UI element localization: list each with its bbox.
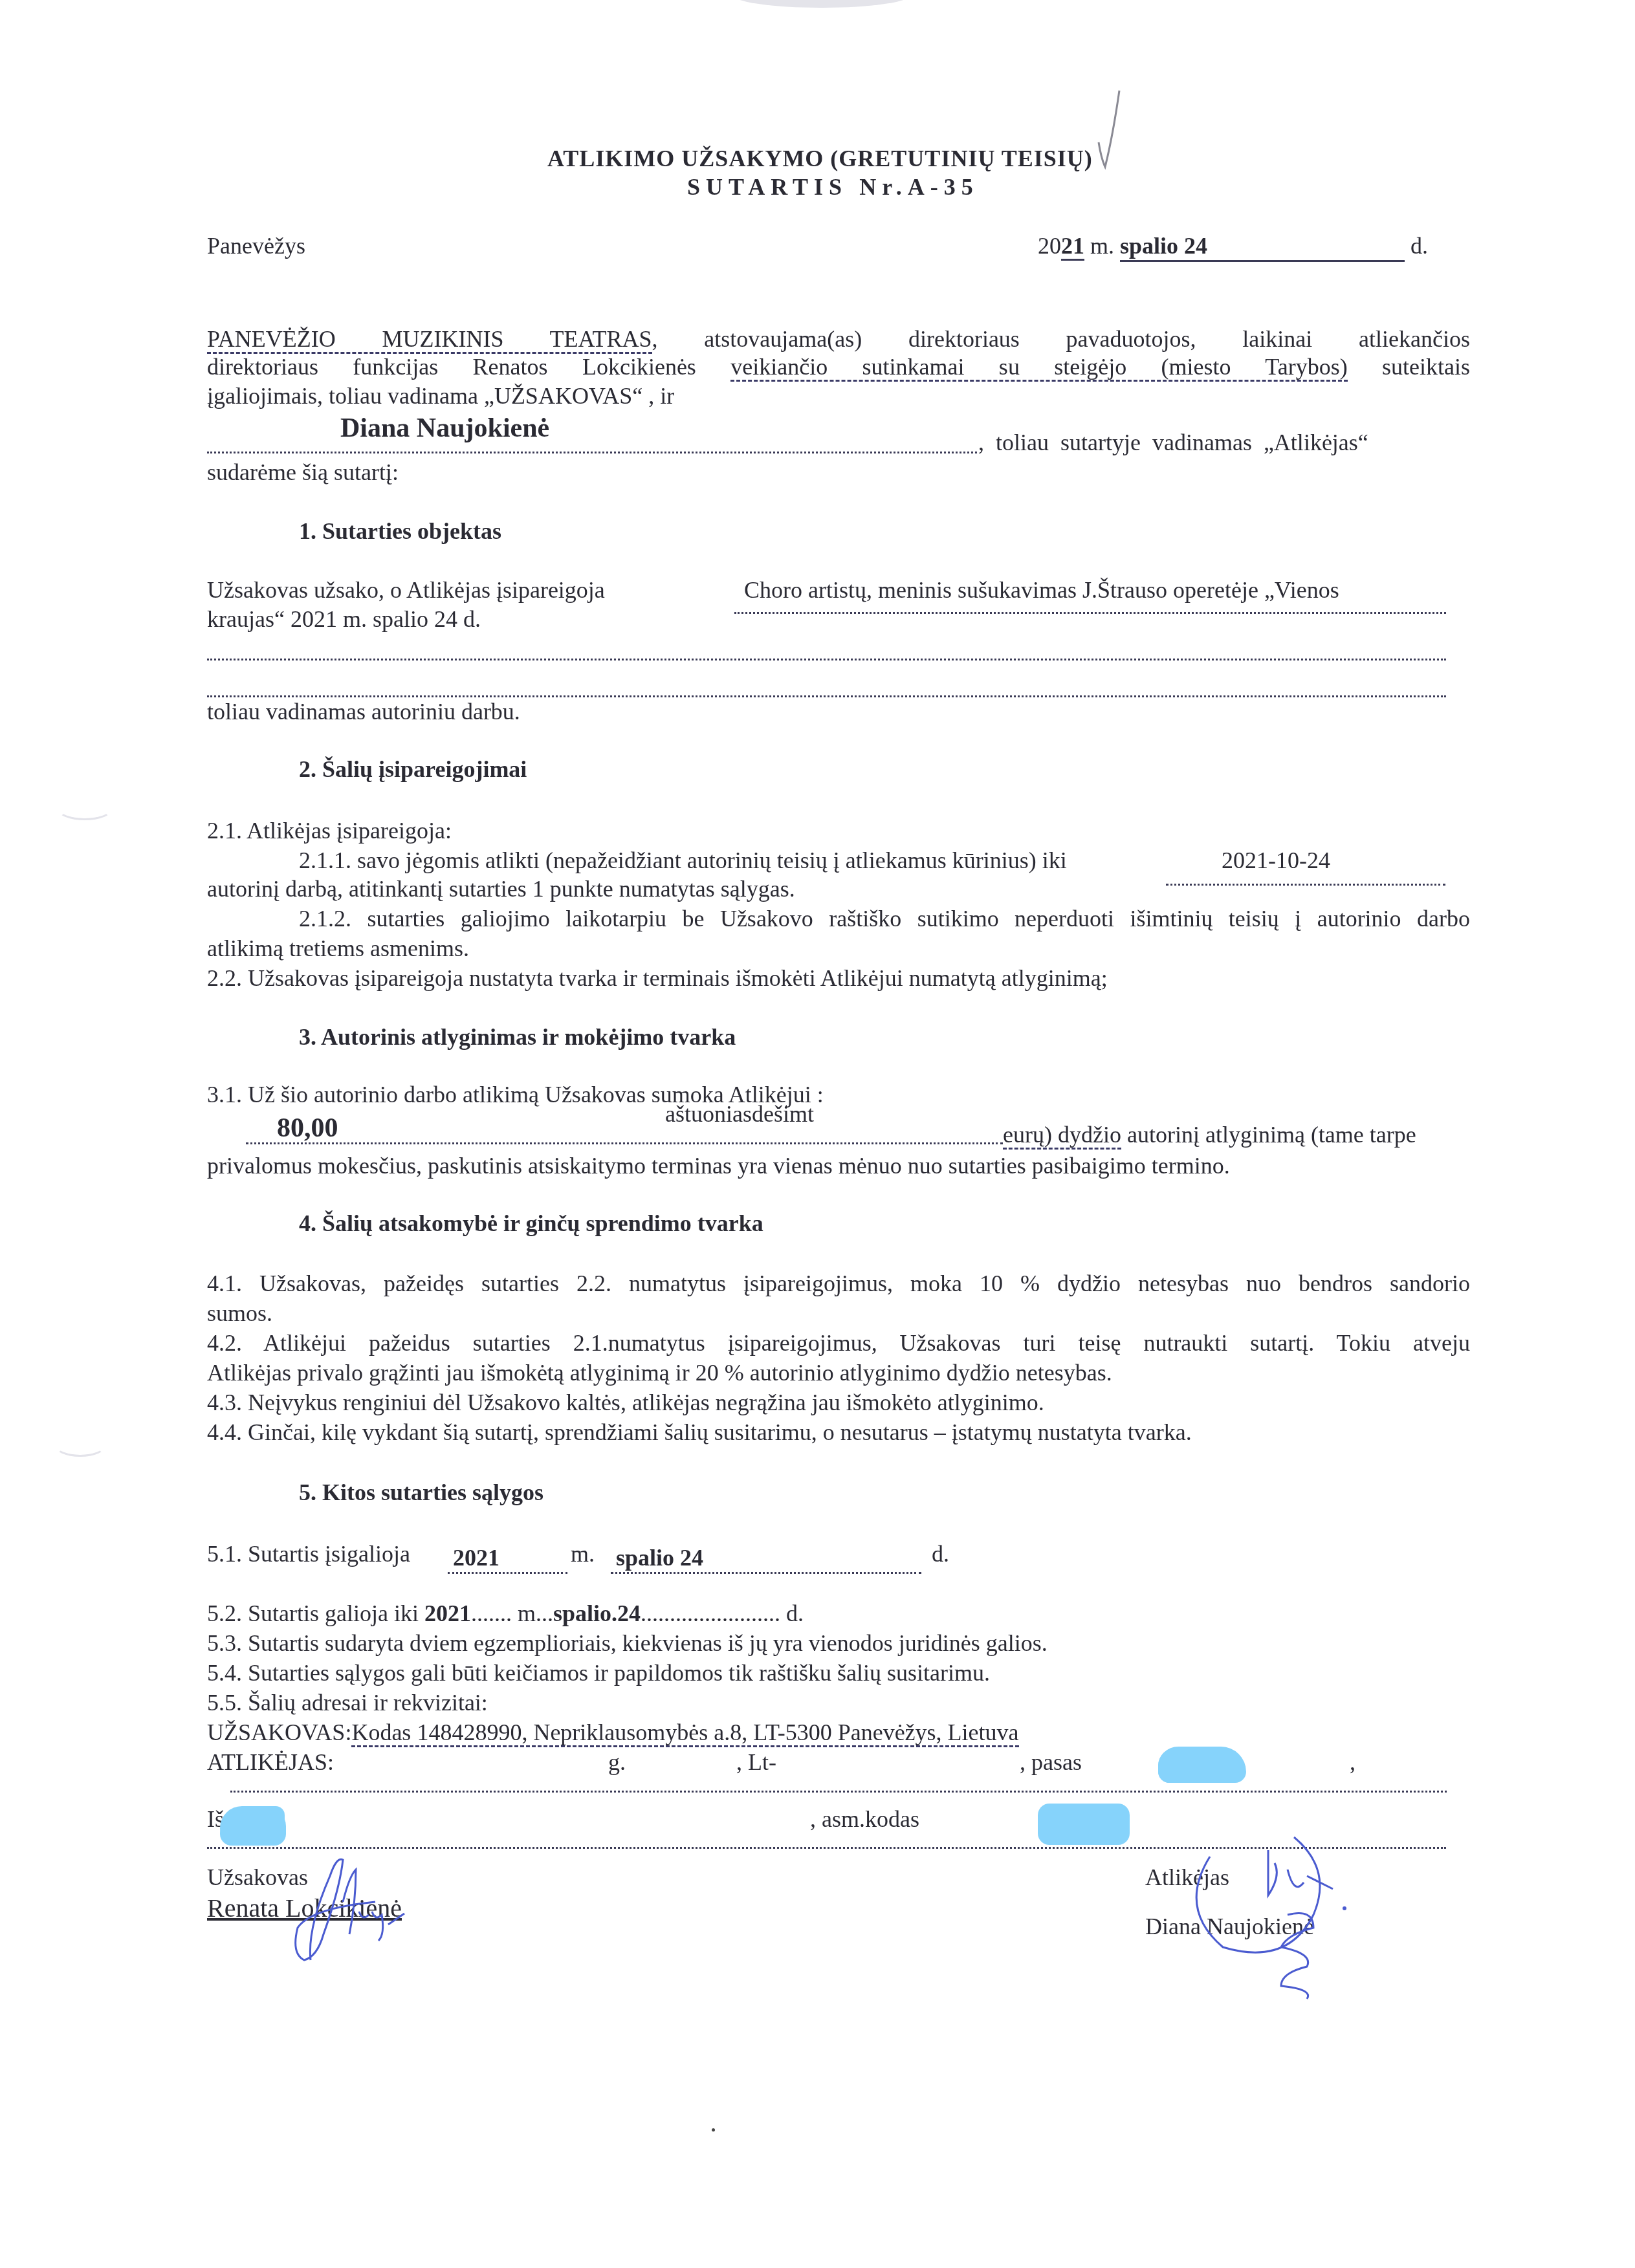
- performer-address-underline: [230, 1791, 1447, 1793]
- section-1-left-b: kraujas“ 2021 m. spalio 24 d.: [207, 605, 481, 633]
- performer-signature-icon: [1184, 1837, 1365, 2005]
- contract-title-line2: SUTARTIS Nr.A-35: [687, 173, 979, 201]
- performer-name-field: Diana Naujokienė: [340, 413, 549, 444]
- clause-5-1-d: d.: [932, 1540, 949, 1568]
- preamble-director: direktoriaus funkcijas Renatos Lokcikien…: [207, 354, 696, 380]
- clause-5-1-year: 2021: [453, 1543, 499, 1572]
- section-1-object-line1: [734, 612, 1446, 614]
- date-d-label: d.: [1410, 233, 1428, 259]
- clause-5-2-month-day: spalio.24: [553, 1600, 641, 1626]
- clause-2-1-1-cont: autorinį darbą, atitinkantį sutarties 1 …: [207, 875, 795, 903]
- preamble-acting-basis: veikiančio sutinkamai su steigėjo (miest…: [730, 354, 1347, 382]
- clause-5-1-label: 5.1. Sutartis įsigalioja: [207, 1540, 410, 1568]
- currency-unit: eurų) dydžio: [1003, 1122, 1121, 1150]
- contract-title-line1: ATLIKIMO UŽSAKYMO (GRETUTINIŲ TEISIŲ): [547, 145, 1093, 172]
- clause-5-1-md-underline: [611, 1572, 921, 1574]
- clause-4-2-cont: Atlikėjas privalo grąžinti jau išmokėtą …: [207, 1358, 1112, 1387]
- section-1-left-a: Užsakovas užsako, o Atlikėjas įsipareigo…: [207, 576, 605, 604]
- preamble-line4: , toliau sutartyje vadinamas „Atlikėjas“: [978, 428, 1368, 457]
- clause-5-2-label: 5.2. Sutartis galioja iki: [207, 1600, 419, 1626]
- redacted-passport-number: [1158, 1747, 1246, 1783]
- clause-4-3: 4.3. Neįvykus renginiui dėl Užsakovo kal…: [207, 1388, 1044, 1417]
- binder-hole-mark-upper: [57, 797, 113, 820]
- clause-5-2-dots2: ........................: [641, 1600, 780, 1626]
- clause-5-2-dots1: .......: [471, 1600, 512, 1626]
- clause-2-1: 2.1. Atlikėjas įsipareigoja:: [207, 816, 452, 845]
- clause-5-3: 5.3. Sutartis sudaryta dviem egzempliori…: [207, 1629, 1048, 1657]
- section-1-heading: 1. Sutarties objektas: [299, 518, 501, 545]
- clause-4-4: 4.4. Ginčai, kilę vykdant šią sutartį, s…: [207, 1418, 1192, 1446]
- preamble-line5: sudarėme šią sutartį:: [207, 458, 399, 486]
- clause-3-1-rest: eurų) dydžio autorinį atlyginimą (tame t…: [1003, 1120, 1416, 1149]
- clause-2-1-1-date-underline: [1166, 884, 1445, 886]
- clause-2-1-1: 2.1.1. savo jėgomis atlikti (nepažeidžia…: [299, 846, 1067, 875]
- clause-5-1-m: m.: [571, 1540, 595, 1568]
- redacted-personal-code: [1038, 1804, 1130, 1845]
- performer-postcode-label: , Lt-: [736, 1748, 776, 1776]
- clause-5-2-m: m...: [518, 1600, 553, 1626]
- redacted-issued-by-authority: [220, 1806, 285, 1844]
- preamble-line1: PANEVĖŽIO MUZIKINIS TEATRAS, atstovaujam…: [207, 325, 1470, 353]
- date-month-day: spalio 24: [1120, 232, 1405, 262]
- customer-signature-icon: [246, 1850, 414, 1967]
- contract-date: 2021 m. spalio 24 d.: [1038, 232, 1428, 262]
- preamble-role: direktoriaus pavaduotojos, laikinai atli…: [908, 326, 1470, 352]
- payment-amount-underline: [246, 1142, 1003, 1144]
- clause-5-4: 5.4. Sutarties sąlygos gali būti keičiam…: [207, 1659, 990, 1687]
- contract-place: Panevėžys: [207, 232, 305, 260]
- preamble-line3: įgaliojimais, toliau vadinama „UŽSAKOVAS…: [207, 382, 674, 410]
- payment-amount: 80,00: [277, 1113, 338, 1144]
- performer-label: ATLIKĖJAS:: [207, 1748, 334, 1776]
- section-3-heading: 3. Autorinis atlyginimas ir mokėjimo tva…: [299, 1023, 736, 1051]
- performer-comma: ,: [1350, 1748, 1355, 1776]
- clause-4-1-cont: sumos.: [207, 1299, 272, 1327]
- scan-dot: [712, 2128, 715, 2132]
- preamble-line2: direktoriaus funkcijas Renatos Lokcikien…: [207, 353, 1470, 381]
- section-1-closing: toliau vadinamas autoriniu darbu.: [207, 697, 520, 726]
- date-m-label: m.: [1090, 233, 1114, 259]
- section-5-heading: 5. Kitos sutarties sąlygos: [299, 1479, 543, 1506]
- clause-5-2-year: 2021: [424, 1600, 471, 1626]
- clause-2-1-1-date: 2021-10-24: [1222, 846, 1330, 875]
- section-2-heading: 2. Šalių įsipareigojimai: [299, 756, 527, 783]
- clause-5-2-d: d.: [786, 1600, 804, 1626]
- binder-hole-mark-lower: [54, 1434, 106, 1457]
- customer-party-name: PANEVĖŽIO MUZIKINIS TEATRAS: [207, 326, 652, 354]
- section-4-heading: 4. Šalių atsakomybė ir ginčų sprendimo t…: [299, 1210, 763, 1237]
- clause-4-1: 4.1. Užsakovas, pažeidęs sutarties 2.2. …: [207, 1269, 1470, 1298]
- clause-2-2: 2.2. Užsakovas įsipareigoja nustatyta tv…: [207, 964, 1108, 992]
- customer-label: UŽSAKOVAS:: [207, 1719, 351, 1745]
- clause-5-1-month-day: spalio 24: [616, 1543, 703, 1572]
- clause-5-5: 5.5. Šalių adresai ir rekvizitai:: [207, 1688, 488, 1717]
- preamble-granted: suteiktais: [1382, 354, 1470, 380]
- date-year-suffix: 21: [1061, 233, 1084, 261]
- clause-4-2: 4.2. Atlikėjui pažeidus sutarties 2.1.nu…: [207, 1329, 1470, 1357]
- clause-5-2: 5.2. Sutartis galioja iki 2021....... m.…: [207, 1599, 804, 1628]
- section-1-object-line2: [207, 659, 1446, 660]
- customer-details: Kodas 148428990, Nepriklausomybės a.8, L…: [351, 1719, 1018, 1747]
- section-1-object-text: Choro artistų, meninis sušukavimas J.Štr…: [744, 576, 1339, 604]
- pencil-checkmark-icon: [1093, 84, 1132, 175]
- scan-mark-top: [731, 0, 912, 8]
- performer-street-label: g.: [608, 1748, 626, 1776]
- clause-2-1-2-cont: atlikimą tretiems asmenims.: [207, 934, 469, 963]
- date-year-prefix: 20: [1038, 233, 1061, 259]
- customer-requisites: UŽSAKOVAS:Kodas 148428990, Nepriklausomy…: [207, 1718, 1019, 1747]
- clause-3-1-cont: privalomus mokesčius, paskutinis atsiska…: [207, 1151, 1230, 1180]
- payment-amount-words: aštuoniasdešimt: [665, 1100, 814, 1128]
- preamble-represented: , atstovaujama(as): [652, 326, 862, 352]
- clause-5-1-year-underline: [448, 1572, 567, 1574]
- clause-3-1-rest-text: autorinį atlyginimą (tame tarpe: [1127, 1122, 1416, 1148]
- personal-code-label: , asm.kodas: [810, 1805, 919, 1833]
- clause-2-1-2: 2.1.2. sutarties galiojimo laikotarpiu b…: [299, 904, 1470, 933]
- performer-name-underline: [207, 452, 977, 453]
- performer-passport-label: , pasas: [1020, 1748, 1082, 1776]
